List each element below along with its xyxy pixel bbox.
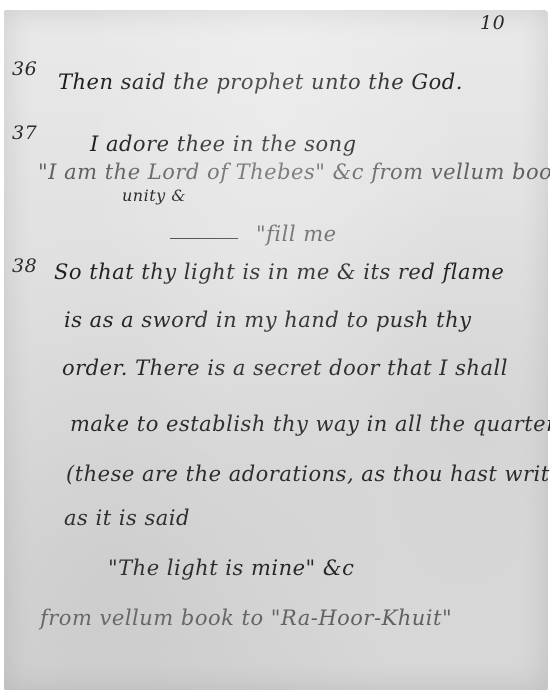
verse-38-line-2: is as a sword in my hand to push thy <box>64 308 471 332</box>
verse-38-line-5: (these are the adorations, as thou hast … <box>66 462 550 486</box>
verse-38-line-7: "The light is mine" &c <box>108 556 354 580</box>
verse-38-line-1: So that thy light is in me & its red fla… <box>54 260 504 284</box>
verse-37-line-1: I adore thee in the song <box>90 132 357 156</box>
verse-37-line-2: "I am the Lord of Thebes" &c from vellum… <box>38 160 550 184</box>
verse-38-line-6: as it is said <box>64 506 190 530</box>
verse-38-line-4: make to establish thy way in all the qua… <box>70 412 550 436</box>
verse-38-line-3: order. There is a secret door that I sha… <box>62 356 508 380</box>
verse-number-37: 37 <box>12 122 37 144</box>
page-number: 10 <box>480 12 505 34</box>
verse-36-line-1: Then said the prophet unto the God. <box>58 70 463 94</box>
manuscript-page: 10 36 Then said the prophet unto the God… <box>4 10 548 690</box>
verse-37-insertion: unity & <box>122 186 186 205</box>
dash-divider <box>170 238 238 239</box>
verse-number-36: 36 <box>12 58 37 80</box>
verse-number-38: 38 <box>12 255 37 277</box>
verse-38-line-8: from vellum book to "Ra-Hoor-Khuit" <box>40 606 452 630</box>
verse-37-line-3: "fill me <box>256 222 337 246</box>
